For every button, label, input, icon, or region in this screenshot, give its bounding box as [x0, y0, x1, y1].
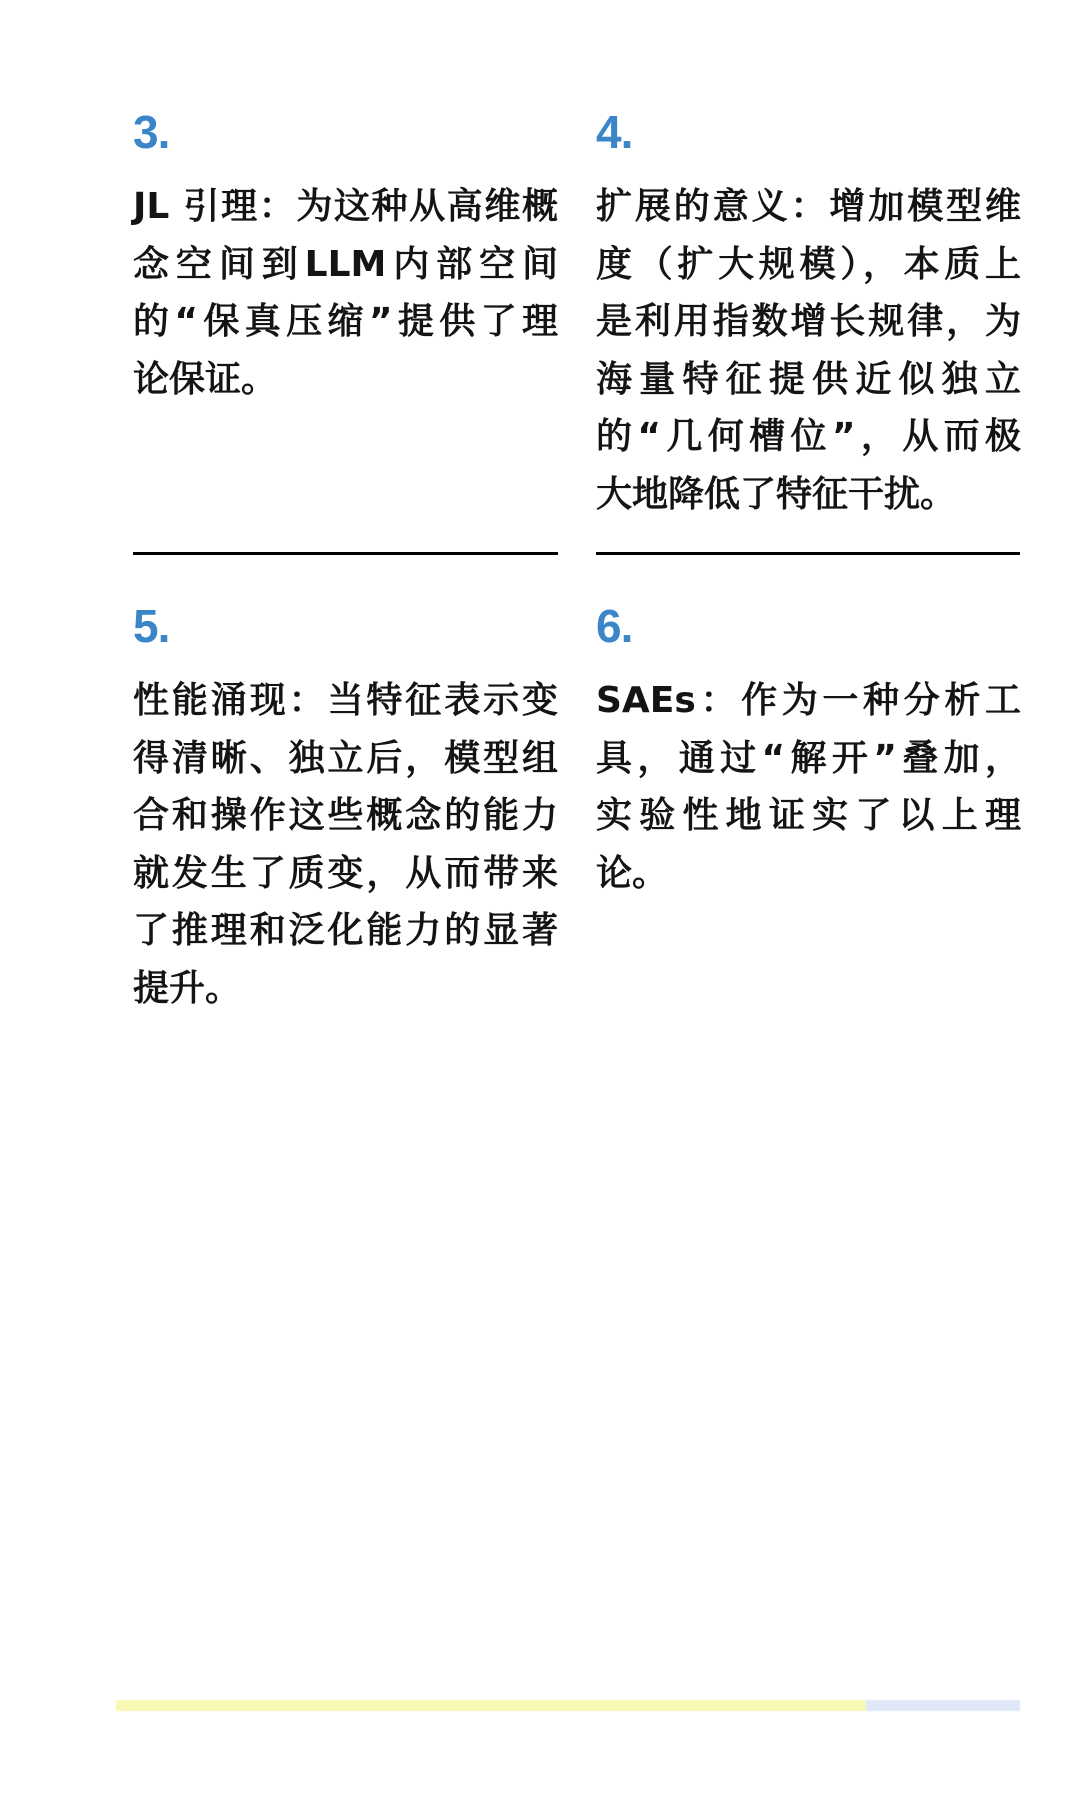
text-line: 就发生了质变，从而带来 — [133, 845, 558, 903]
text-line: 大地降低了特征干扰。 — [596, 466, 1021, 524]
text-line: 是利用指数增长规律，为 — [596, 293, 1021, 351]
text-line: 扩展的意义：增加模型维 — [596, 178, 1021, 236]
point-text: 性能涌现：当特征表示变 得清晰、独立后，模型组 合和操作这些概念的能力 就发生了… — [133, 672, 558, 1017]
bottom-bar-blue-segment — [866, 1700, 1020, 1711]
text-line: 提升。 — [133, 960, 558, 1018]
text-line: 论保证。 — [133, 351, 558, 409]
divider-left — [133, 552, 558, 555]
point-number: 5. — [133, 600, 169, 652]
point-text: 扩展的意义：增加模型维 度（扩大规模），本质上 是利用指数增长规律，为 海量特征… — [596, 178, 1021, 523]
text-line: 合和操作这些概念的能力 — [133, 787, 558, 845]
point-text: SAEs：作为一种分析工 具，通过“解开”叠加， 实验性地证实了以上理 论。 — [596, 672, 1021, 902]
text-line: 具，通过“解开”叠加， — [596, 730, 1021, 788]
text-line: 度（扩大规模），本质上 — [596, 236, 1021, 294]
text-line: 海量特征提供近似独立 — [596, 351, 1021, 409]
text-line: 念空间到LLM内部空间 — [133, 236, 558, 294]
text-line: 的“几何槽位”，从而极 — [596, 408, 1021, 466]
text-line: 得清晰、独立后，模型组 — [133, 730, 558, 788]
divider-right — [596, 552, 1020, 555]
text-line: 论。 — [596, 845, 1021, 903]
text-line: 实验性地证实了以上理 — [596, 787, 1021, 845]
point-number: 3. — [133, 106, 169, 158]
text-line: JL 引理：为这种从高维概 — [133, 178, 558, 236]
point-number: 6. — [596, 600, 632, 652]
point-text: JL 引理：为这种从高维概 念空间到LLM内部空间 的“保真压缩”提供了理 论保… — [133, 178, 558, 408]
text-line: SAEs：作为一种分析工 — [596, 672, 1021, 730]
text-line: 了推理和泛化能力的显著 — [133, 902, 558, 960]
text-line: 的“保真压缩”提供了理 — [133, 293, 558, 351]
bottom-bar-yellow-segment — [116, 1700, 866, 1711]
point-number: 4. — [596, 106, 632, 158]
text-line: 性能涌现：当特征表示变 — [133, 672, 558, 730]
